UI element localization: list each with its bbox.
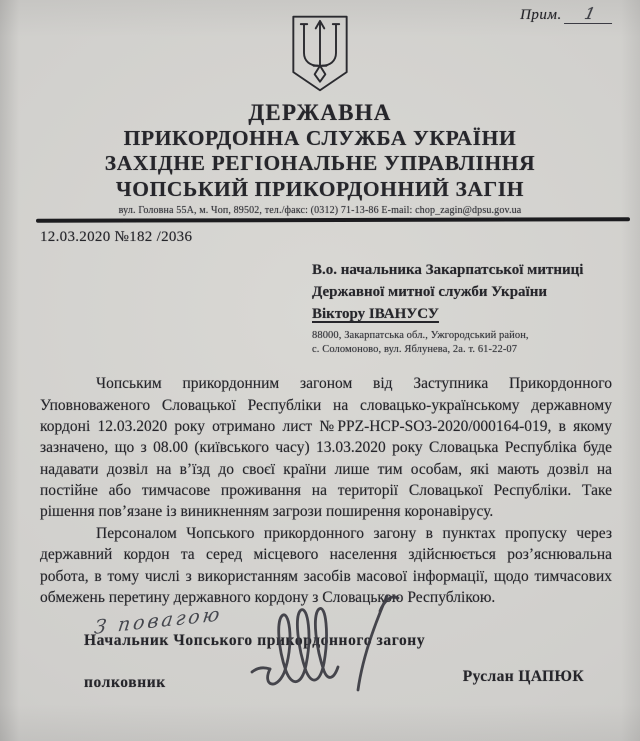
recipient-title-line-1: В.о. начальника Закарпатської митниці bbox=[312, 259, 610, 281]
body-paragraph-1: Чопським прикордонним загоном від Заступ… bbox=[40, 373, 612, 523]
recipient-block: В.о. начальника Закарпатської митниці Де… bbox=[312, 259, 610, 356]
recipient-title-line-2: Державної митної служби України bbox=[312, 281, 610, 303]
copy-note-handwritten-value: 1 bbox=[564, 5, 616, 24]
reference-date-number: 12.03.2020 №182 /2036 bbox=[40, 229, 640, 246]
copy-number-note: Прим. 1 bbox=[520, 5, 614, 24]
org-name-line-1: ДЕРЖАВНА bbox=[0, 99, 640, 126]
signer-name: Руслан ЦАПЮК bbox=[463, 668, 584, 686]
handwritten-signature bbox=[246, 584, 431, 706]
org-name-line-3: ЗАХІДНЕ РЕГІОНАЛЬНЕ УПРАВЛІННЯ bbox=[0, 151, 640, 176]
signer-rank: полковник bbox=[84, 674, 166, 692]
signature-block: З повагою Начальник Чопського прикордонн… bbox=[0, 608, 640, 718]
org-name-line-4: ЧОПСЬКИЙ ПРИКОРДОННИЙ ЗАГІН bbox=[0, 177, 640, 202]
scanned-letter-page: Прим. 1 ДЕРЖАВНА ПРИКОРДОННА СЛУЖБА УКРА… bbox=[0, 0, 640, 741]
org-name-line-2: ПРИКОРДОННА СЛУЖБА УКРАЇНИ bbox=[0, 126, 640, 151]
letter-body: Чопським прикордонним загоном від Заступ… bbox=[40, 373, 612, 608]
recipient-name: Віктору ІВАНУСУ bbox=[312, 303, 610, 325]
letterhead-divider bbox=[36, 217, 630, 223]
letterhead: ДЕРЖАВНА ПРИКОРДОННА СЛУЖБА УКРАЇНИ ЗАХІ… bbox=[0, 0, 640, 216]
recipient-address-line-2: с. Соломоново, вул. Яблунева, 2а. т. 61-… bbox=[312, 343, 610, 356]
ukraine-trident-emblem bbox=[0, 13, 640, 97]
copy-note-label: Прим. bbox=[520, 7, 562, 23]
letterhead-contact-line: вул. Головна 55А, м. Чоп, 89502, тел./фа… bbox=[0, 205, 640, 216]
recipient-address-line-1: 88000, Закарпатська обл., Ужгородський р… bbox=[312, 329, 610, 342]
